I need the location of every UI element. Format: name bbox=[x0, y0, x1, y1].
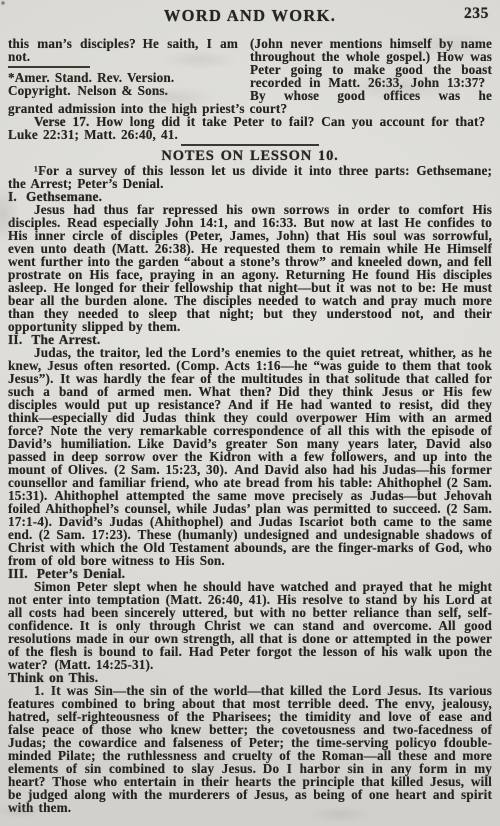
page-number: 235 bbox=[464, 5, 489, 23]
section-number: II. bbox=[8, 332, 22, 347]
section-number: I. bbox=[8, 189, 17, 204]
section-paragraph: Simon Peter slept when he should have wa… bbox=[8, 580, 492, 671]
right-column-text: (John never mentions himself by name thr… bbox=[250, 37, 492, 102]
footnote-rule bbox=[8, 66, 90, 68]
section-number: III. bbox=[8, 566, 28, 581]
left-column: this man’s disciples? He saith, I am not… bbox=[8, 37, 238, 102]
section-paragraph: Judas, the traitor, led the Lord’s enemi… bbox=[8, 346, 492, 567]
section-divider-rule bbox=[181, 144, 319, 146]
notes-heading: NOTES ON LESSON 10. bbox=[8, 148, 492, 164]
left-column-text: this man’s disciples? He saith, I am not… bbox=[8, 37, 238, 63]
right-column: (John never mentions himself by name thr… bbox=[250, 37, 492, 102]
scanned-page: WORD AND WORK. 235 this man’s disciples?… bbox=[0, 0, 500, 826]
verse-17-paragraph: Verse 17. How long did it take Peter to … bbox=[8, 115, 492, 141]
section-paragraph: 1. It was Sin—the sin of the world—that … bbox=[8, 684, 492, 814]
footnote-line-2: Copyright. Nelson & Sons. bbox=[8, 84, 238, 97]
page-title: WORD AND WORK. bbox=[0, 6, 500, 26]
section-peters-denial: III.Peter’s Denial. Simon Peter slept wh… bbox=[8, 567, 492, 671]
page-body: this man’s disciples? He saith, I am not… bbox=[8, 37, 492, 814]
section-gethsemane: I.Gethsemane. Jesus had thus far repress… bbox=[8, 190, 492, 333]
two-column-block: this man’s disciples? He saith, I am not… bbox=[8, 37, 492, 102]
section-think-on-this: Think on This. 1. It was Sin—the sin of … bbox=[8, 671, 492, 814]
section-paragraph: Jesus had thus far repressed his own sor… bbox=[8, 203, 492, 333]
section-arrest: II.The Arrest. Judas, the traitor, led t… bbox=[8, 333, 492, 567]
notes-intro-paragraph: ¹For a survey of this lesson let us divi… bbox=[8, 164, 492, 190]
